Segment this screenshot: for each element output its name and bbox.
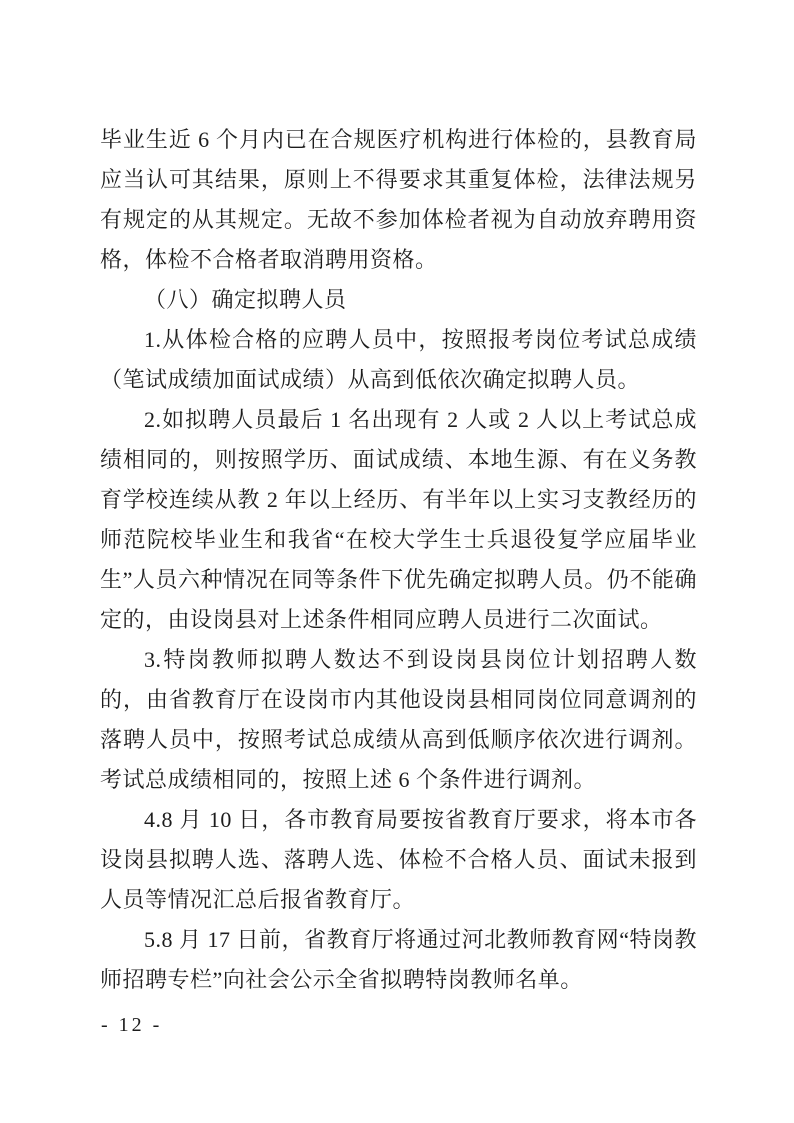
page-number: - 12 -	[101, 1014, 162, 1037]
document-body: 毕业生近 6 个月内已在合规医疗机构进行体检的，县教育局应当认可其结果，原则上不…	[100, 120, 697, 1000]
paragraph: 1.从体检合格的应聘人员中，按照报考岗位考试总成绩（笔试成绩加面试成绩）从高到低…	[100, 320, 697, 400]
paragraph: 5.8 月 17 日前，省教育厅将通过河北教师教育网“特岗教师招聘专栏”向社会公…	[100, 920, 697, 1000]
paragraph: 2.如拟聘人员最后 1 名出现有 2 人或 2 人以上考试总成绩相同的，则按照学…	[100, 400, 697, 640]
document-page: 毕业生近 6 个月内已在合规医疗机构进行体检的，县教育局应当认可其结果，原则上不…	[0, 0, 794, 1123]
paragraph: 4.8 月 10 日，各市教育局要按省教育厅要求，将本市各设岗县拟聘人选、落聘人…	[100, 800, 697, 920]
paragraph: 毕业生近 6 个月内已在合规医疗机构进行体检的，县教育局应当认可其结果，原则上不…	[100, 120, 697, 280]
section-heading: （八）确定拟聘人员	[100, 280, 697, 320]
paragraph: 3.特岗教师拟聘人数达不到设岗县岗位计划招聘人数的，由省教育厅在设岗市内其他设岗…	[100, 640, 697, 800]
